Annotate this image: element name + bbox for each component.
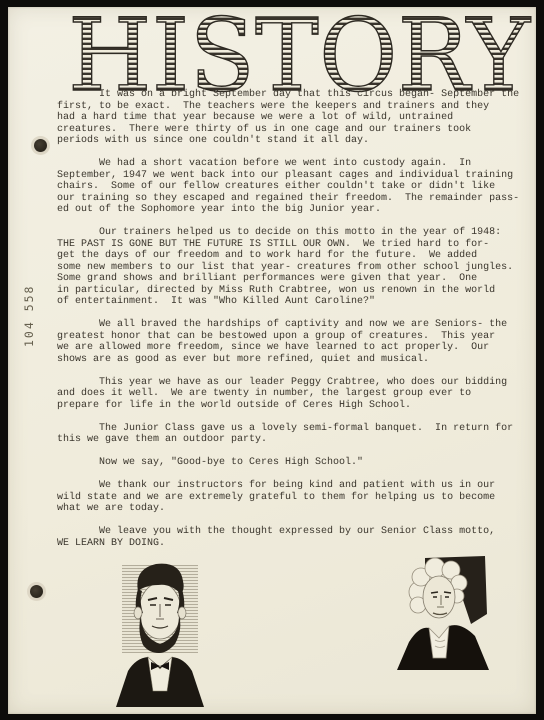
washington-engraving-art bbox=[391, 556, 495, 670]
hole-punch-top bbox=[34, 139, 47, 152]
lincoln-engraving-art bbox=[104, 559, 216, 707]
paragraph-6: The Junior Class gave us a lovely semi-f… bbox=[57, 423, 533, 446]
paragraph-2: We had a short vacation before we went i… bbox=[57, 158, 533, 216]
abraham-lincoln-portrait bbox=[104, 559, 216, 707]
paragraph-7: Now we say, "Good-bye to Ceres High Scho… bbox=[57, 457, 533, 469]
scan-frame: HISTORY 104 558 It was on a bright Septe… bbox=[0, 0, 544, 720]
paragraph-5: This year we have as our leader Peggy Cr… bbox=[57, 377, 533, 412]
paragraph-9: We leave you with the thought expressed … bbox=[57, 526, 533, 549]
george-washington-portrait bbox=[391, 556, 495, 670]
paragraph-3: Our trainers helped us to decide on this… bbox=[57, 227, 533, 308]
body-text: It was on a bright September day that th… bbox=[57, 89, 533, 561]
paragraph-8: We thank our instructors for being kind … bbox=[57, 480, 533, 515]
stamp-number: 104 558 bbox=[22, 285, 36, 347]
hole-punch-bottom bbox=[30, 585, 43, 598]
paragraph-1: It was on a bright September day that th… bbox=[57, 89, 533, 147]
paragraph-4: We all braved the hardships of captivity… bbox=[57, 319, 533, 365]
document-page: HISTORY 104 558 It was on a bright Septe… bbox=[8, 7, 536, 714]
